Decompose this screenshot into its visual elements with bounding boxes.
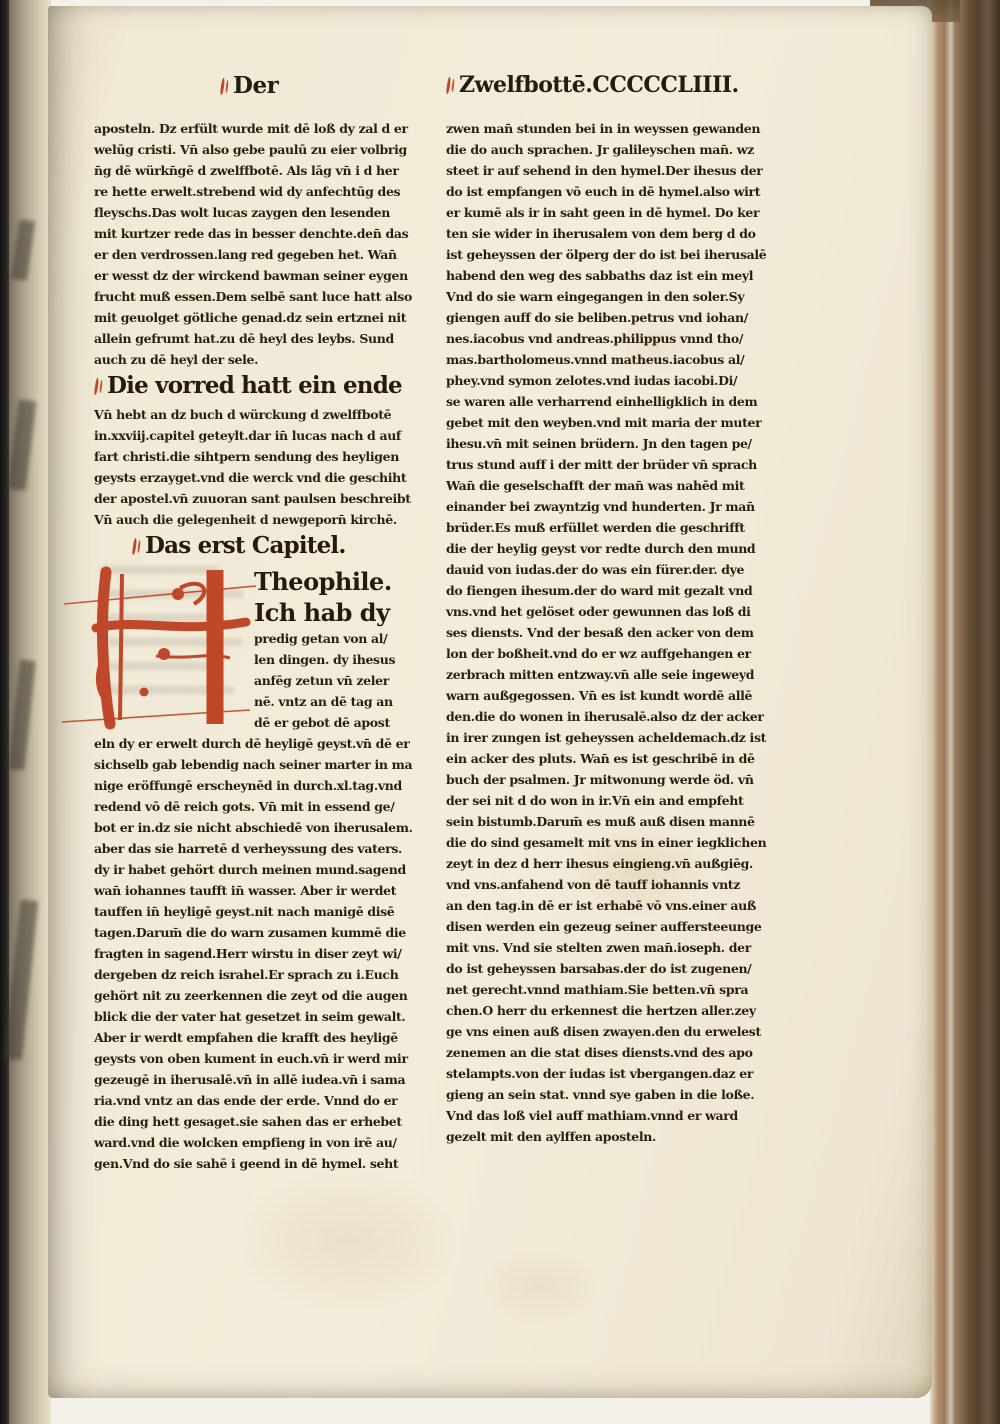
text-line: phey.vnd symon zelotes.vnd iudas iacobi.… (446, 370, 784, 391)
running-head-left: Der (220, 72, 278, 99)
text-line: in irer zungen ist geheyssen acheldemach… (446, 727, 784, 748)
text-line: tagen.Darum̄ die do warn zusamen kummē d… (94, 922, 432, 943)
book-page: Der Zwelfbottē.CCCCCLIIII. aposteln. Dz … (48, 6, 932, 1398)
text-line: net gerecht.vnnd mathiam.Sie betten.vn̄ … (446, 979, 784, 1000)
text-line: se waren alle verharrend einhelligklich … (446, 391, 784, 412)
right-text-column: zwen man̄ stunden bei in in weyssen gewa… (446, 118, 784, 1147)
text-line: ist geheyssen der ölperg der do ist bei … (446, 244, 784, 265)
text-line: warn außgegossen. Vn̄ es ist kundt wordē… (446, 685, 784, 706)
text-line: gen.Vnd do sie sahē i geend in dē hymel.… (94, 1153, 432, 1174)
text-line: ward.vnd die wolcken empfieng in von irē… (94, 1132, 432, 1153)
rubricated-initial: H (94, 564, 254, 730)
text-line: fart christi.die sihtpern sendung des he… (94, 446, 432, 467)
text-line: vnd vns.anfahend von dē tauff iohannis v… (446, 874, 784, 895)
text-line: in.xxviij.capitel geteylt.dar in̄ lucas … (94, 425, 432, 446)
lombard-initial-icon (60, 564, 260, 730)
text-line: allein gefrumt hat.zu dē heyl des leybs.… (94, 328, 432, 349)
facing-page-showthrough (4, 899, 39, 1060)
text-line: steet ir auf sehend in den hymel.Der ihe… (446, 160, 784, 181)
text-line: Vnd do sie warn eingegangen in den soler… (446, 286, 784, 307)
paragraph-acts-chapter1: eln dy er erwelt durch dē heyligē geyst.… (94, 733, 432, 1174)
rubric-mark-icon (446, 76, 456, 95)
text-line: re hette erwelt.strebend wid dy anfechtū… (94, 181, 432, 202)
left-text-column: aposteln. Dz erfült wurde mit dē loß dy … (94, 118, 432, 1174)
text-line: zeyt in dez d herr ihesus eingieng.vn̄ a… (446, 853, 784, 874)
text-line: brüder.Es muß erfüllet werden die geschr… (446, 517, 784, 538)
facing-page-showthrough (8, 399, 37, 491)
text-line: wan̄ iohannes taufft in̄ wasser. Aber ir… (94, 880, 432, 901)
text-line: der apostel.vn̄ zuuoran sant paulsen bes… (94, 488, 432, 509)
text-line: geysts von oben kument in euch.vn̄ ir we… (94, 1048, 432, 1069)
text-line: zerbrach mitten entzway.vn̄ alle seie in… (446, 664, 784, 685)
text-line: predig getan von al/ (254, 628, 432, 649)
running-head-right: Zwelfbottē.CCCCCLIIII. (446, 72, 739, 98)
text-line: nes.iacobus vnd andreas.philippus vnnd t… (446, 328, 784, 349)
text-line: aposteln. Dz erfült wurde mit dē loß dy … (94, 118, 432, 139)
text-line: gezeugē in iherusalē.vn̄ in allē iudea.v… (94, 1069, 432, 1090)
text-line: tauffen in̄ heyligē geyst.nit nach manig… (94, 901, 432, 922)
text-line: dauid von iudas.der do was ein fürer.der… (446, 559, 784, 580)
text-line: frucht muß essen.Dem selbē sant luce hat… (94, 286, 432, 307)
section-heading-vorred-ende: Die vorred hatt ein ende (94, 370, 432, 404)
rubric-mark-icon (94, 377, 104, 396)
paragraph-prologue-end: Vn̄ hebt an dz buch d würckung d zwelffb… (94, 404, 432, 530)
text-line: gieng an sein stat. vnnd sye gaben in di… (446, 1084, 784, 1105)
text-line: zwen man̄ stunden bei in in weyssen gewa… (446, 118, 784, 139)
text-line: gebet mit den weyben.vnd mit maria der m… (446, 412, 784, 433)
facing-page-showthrough (11, 219, 35, 281)
text-line: fleyschs.Das wolt lucas zaygen den lesen… (94, 202, 432, 223)
text-line: er kumē als ir in saht geen in dē hymel.… (446, 202, 784, 223)
text-line: len dingen. dy ihesus (254, 649, 432, 670)
text-line: aber das sie harretē d verheyssung des v… (94, 838, 432, 859)
chapter-heading-first-chapter: Das erst Capitel. (94, 530, 432, 564)
text-line: Aber ir werdt empfahen die krafft des he… (94, 1027, 432, 1048)
text-line: der sei nit d do won in ir.Vn̄ ein and e… (446, 790, 784, 811)
text-line: fragten in sagend.Herr wirstu in diser z… (94, 943, 432, 964)
rubric-mark-icon (220, 77, 230, 96)
text-line: vns.vnd het gelöset oder gewunnen das lo… (446, 601, 784, 622)
running-head-right-label: Zwelfbottē.CCCCCLIIII. (459, 72, 739, 98)
text-line: er wesst dz der wirckend bawman seiner e… (94, 265, 432, 286)
text-line: Ich hab dy (254, 597, 432, 628)
book-binding (956, 0, 1000, 1424)
paragraph-apostles-preface: aposteln. Dz erfült wurde mit dē loß dy … (94, 118, 432, 370)
text-line: Vn̄ hebt an dz buch d würckung d zwelffb… (94, 404, 432, 425)
text-line: die ding hett gesaget.sie sahen das er e… (94, 1111, 432, 1132)
gutter-shadow (9, 0, 51, 1424)
facing-page-showthrough (8, 659, 35, 770)
text-line: mit geuolget götliche genad.dz sein ertz… (94, 307, 432, 328)
text-line: die do sind gesamelt mit vns in einer ie… (446, 832, 784, 853)
running-head-left-label: Der (233, 72, 278, 99)
text-line: nige eröffungē erscheynēd in durch.xl.ta… (94, 775, 432, 796)
text-line: mas.bartholomeus.vnnd matheus.iacobus al… (446, 349, 784, 370)
book-scan: Der Zwelfbottē.CCCCCLIIII. aposteln. Dz … (0, 0, 1000, 1424)
text-line: trus stund auff i der mitt der brüder vn… (446, 454, 784, 475)
text-line: chen.O herr du erkennest die hertzen all… (446, 1000, 784, 1021)
rubric-mark-icon (132, 537, 142, 556)
paper-stain (238, 1166, 458, 1316)
text-line: Vn̄ auch die gelegenheit d newgeporn̄ ki… (94, 509, 432, 530)
text-line: sein bistumb.Darum̄ es muß auß disen man… (446, 811, 784, 832)
text-line: Theophile. (254, 566, 432, 597)
text-line: eln dy er erwelt durch dē heyligē geyst.… (94, 733, 432, 754)
text-line: gezelt mit den aylffen aposteln. (446, 1126, 784, 1147)
text-line: an den tag.in dē er ist erhabē vō vns.ei… (446, 895, 784, 916)
text-line: ria.vnd vntz an das ende der erde. Vnnd … (94, 1090, 432, 1111)
text-line: habend den weg des sabbaths daz ist ein … (446, 265, 784, 286)
text-line: den.die do wonen in iherusalē.also dz de… (446, 706, 784, 727)
text-line: auch zu dē heyl der sele. (94, 349, 432, 370)
chapter-opening: H (94, 564, 432, 733)
text-line: disen werden ein gezeug seiner aufferste… (446, 916, 784, 937)
text-line: giengen auff do sie beliben.petrus vnd i… (446, 307, 784, 328)
text-line: ten sie wider in iherusalem von dem berg… (446, 223, 784, 244)
text-line: dergeben dz reich israhel.Er sprach zu i… (94, 964, 432, 985)
opening-small-lines: predig getan von al/len dingen. dy ihesu… (254, 628, 432, 733)
text-line: dē er gebot dē apost (254, 712, 432, 733)
text-line: blick die der vater hat gesetzet in seim… (94, 1006, 432, 1027)
left-page-edge (0, 0, 9, 1424)
running-head: Der Zwelfbottē.CCCCCLIIII. (48, 72, 932, 106)
text-line: er den verdrossen.lang red gegeben het. … (94, 244, 432, 265)
text-line: zenemen an die stat dises diensts.vnd de… (446, 1042, 784, 1063)
text-line: sichselb gab lebendig nach seiner marter… (94, 754, 432, 775)
text-line: redend vō dē reich gots. Vn̄ mit in esse… (94, 796, 432, 817)
text-line: gehört nit zu zeerkennen die zeyt od die… (94, 985, 432, 1006)
text-line: ses diensts. Vnd der besaß den acker von… (446, 622, 784, 643)
text-line: nē. vntz an dē tag an (254, 691, 432, 712)
opening-large-lines: Theophile.Ich hab dy (254, 566, 432, 628)
text-line: ge vns einen auß disen zwayen.den du erw… (446, 1021, 784, 1042)
text-line: Vnd das loß viel auff mathiam.vnnd er wa… (446, 1105, 784, 1126)
text-line: einander bei zwayntzig vnd hunderten. Jr… (446, 496, 784, 517)
text-line: welūg cristi. Vn̄ also gebe paulū zu eie… (94, 139, 432, 160)
text-line: mit kurtzer rede das in besser denchte.d… (94, 223, 432, 244)
text-line: anfēg zetun vn̄ zeler (254, 670, 432, 691)
text-line: mit vns. Vnd sie stelten zwen man̄.iosep… (446, 937, 784, 958)
text-line: dy ir habet gehört durch meinen mund.sag… (94, 859, 432, 880)
paper-stain (478, 1246, 598, 1326)
chapter-heading-label: Das erst Capitel. (145, 532, 346, 559)
text-line: do ist geheyssen barsabas.der do ist zug… (446, 958, 784, 979)
text-line: buch der psalmen. Jr mitwonung werde öd.… (446, 769, 784, 790)
text-line: geysts erzayget.vnd die werck vnd die ge… (94, 467, 432, 488)
text-line: ihesu.vn̄ mit seinen brüdern. Jn den tag… (446, 433, 784, 454)
text-line: do ist empfangen vō euch in dē hymel.als… (446, 181, 784, 202)
chapter-opening-text: Theophile.Ich hab dy predig getan von al… (254, 564, 432, 733)
text-line: ein acker des pluts. Wan̄ es ist geschri… (446, 748, 784, 769)
text-line: n̄g dē würkn̄gē d zwelffbotē. Als lāg vn… (94, 160, 432, 181)
section-heading-label: Die vorred hatt ein ende (107, 372, 402, 399)
text-line: Wan̄ die geselschafft der man̄ was nahēd… (446, 475, 784, 496)
text-line: stelampts.von der iudas ist vbergangen.d… (446, 1063, 784, 1084)
text-line: do fiengen ihesum.der do ward mit gezalt… (446, 580, 784, 601)
text-line: lon der boßheit.vnd do er wz auffgehange… (446, 643, 784, 664)
text-line: bot er in.dz sie nicht abschiedē von ihe… (94, 817, 432, 838)
page-fore-edge (930, 0, 956, 1424)
text-line: die der heylig geyst vor redte durch den… (446, 538, 784, 559)
text-line: die do auch sprachen. Jr galileyschen ma… (446, 139, 784, 160)
